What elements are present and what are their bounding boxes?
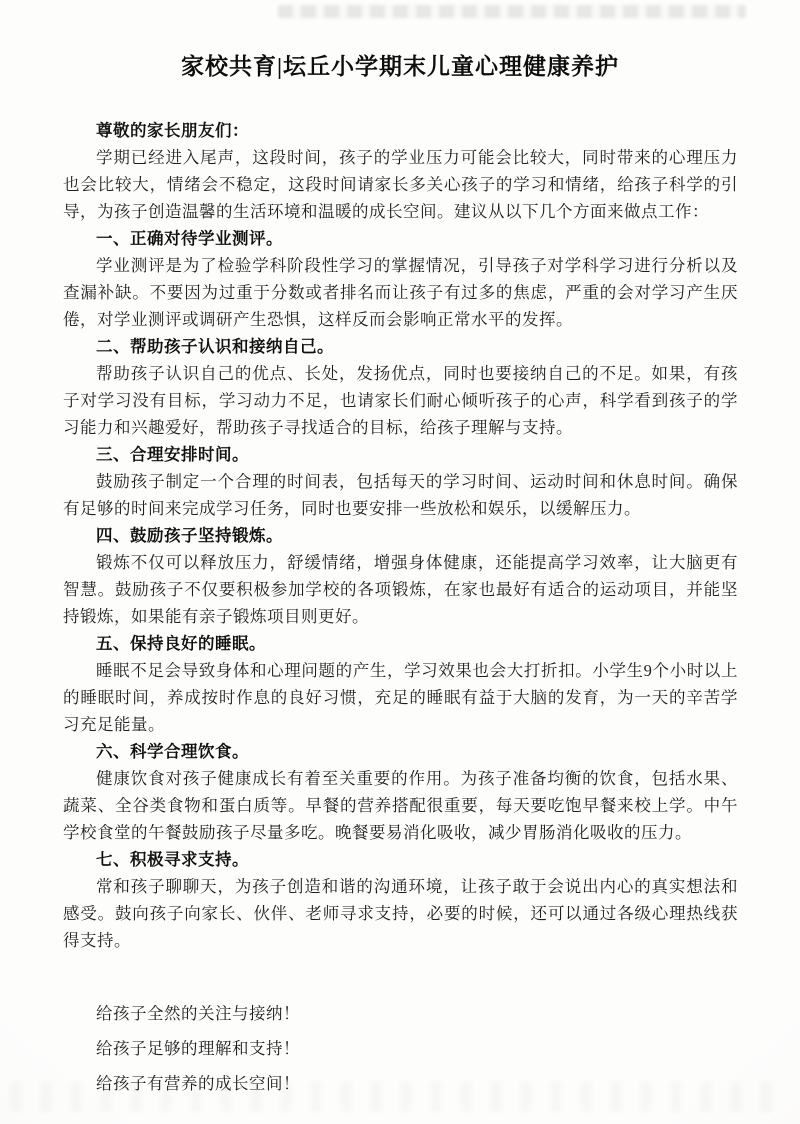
document-body: 尊敬的家长朋友们： 学期已经进入尾声，这段时间，孩子的学业压力可能会比较大，同时… <box>63 117 738 1101</box>
section-heading: 一、正确对待学业测评。 <box>63 225 738 252</box>
section-heading: 六、科学合理饮食。 <box>63 738 738 765</box>
ink-bleedthrough-artifact-bottom <box>10 1082 780 1112</box>
section-1: 一、正确对待学业测评。 学业测评是为了检验学科阶段性学习的掌握情况，引导孩子对学… <box>63 225 738 333</box>
section-2: 二、帮助孩子认识和接纳自己。 帮助孩子认识自己的优点、长处，发扬优点，同时也要接… <box>63 333 738 441</box>
section-heading: 三、合理安排时间。 <box>63 441 738 468</box>
salutation: 尊敬的家长朋友们： <box>63 117 738 144</box>
section-4: 四、鼓励孩子坚持锻炼。 锻炼不仅可以释放压力，舒缓情绪，增强身体健康，还能提高学… <box>63 522 738 630</box>
section-7: 七、积极寻求支持。 常和孩子聊聊天，为孩子创造和谐的沟通环境，让孩子敢于会说出内… <box>63 846 738 954</box>
section-5: 五、保持良好的睡眠。 睡眠不足会导致身体和心理问题的产生，学习效果也会大打折扣。… <box>63 630 738 738</box>
section-body: 帮助孩子认识自己的优点、长处，发扬优点，同时也要接纳自己的不足。如果，有孩子对学… <box>63 360 738 441</box>
intro-paragraph: 学期已经进入尾声，这段时间，孩子的学业压力可能会比较大，同时带来的心理压力也会比… <box>63 144 738 225</box>
section-body: 健康饮食对孩子健康成长有着至关重要的作用。为孩子准备均衡的饮食，包括水果、蔬菜、… <box>63 765 738 846</box>
section-body: 常和孩子聊聊天，为孩子创造和谐的沟通环境，让孩子敢于会说出内心的真实想法和感受。… <box>63 873 738 954</box>
section-heading: 七、积极寻求支持。 <box>63 846 738 873</box>
ink-bleedthrough-artifact-top <box>278 5 746 18</box>
closing-line: 给孩子全然的关注与接纳！ <box>63 996 738 1031</box>
closing-line: 给孩子足够的理解和支持！ <box>63 1031 738 1066</box>
section-heading: 四、鼓励孩子坚持锻炼。 <box>63 522 738 549</box>
section-3: 三、合理安排时间。 鼓励孩子制定一个合理的时间表，包括每天的学习时间、运动时间和… <box>63 441 738 522</box>
section-heading: 五、保持良好的睡眠。 <box>63 630 738 657</box>
section-heading: 二、帮助孩子认识和接纳自己。 <box>63 333 738 360</box>
section-body: 鼓励孩子制定一个合理的时间表，包括每天的学习时间、运动时间和休息时间。确保有足够… <box>63 468 738 522</box>
section-body: 学业测评是为了检验学科阶段性学习的掌握情况，引导孩子对学科学习进行分析以及查漏补… <box>63 252 738 333</box>
scanned-document-page: 家校共育|坛丘小学期末儿童心理健康养护 尊敬的家长朋友们： 学期已经进入尾声，这… <box>0 0 800 1124</box>
section-6: 六、科学合理饮食。 健康饮食对孩子健康成长有着至关重要的作用。为孩子准备均衡的饮… <box>63 738 738 846</box>
section-body: 锻炼不仅可以释放压力，舒缓情绪，增强身体健康，还能提高学习效率，让大脑更有智慧。… <box>63 549 738 630</box>
section-body: 睡眠不足会导致身体和心理问题的产生，学习效果也会大打折扣。小学生9个小时以上的睡… <box>63 657 738 738</box>
